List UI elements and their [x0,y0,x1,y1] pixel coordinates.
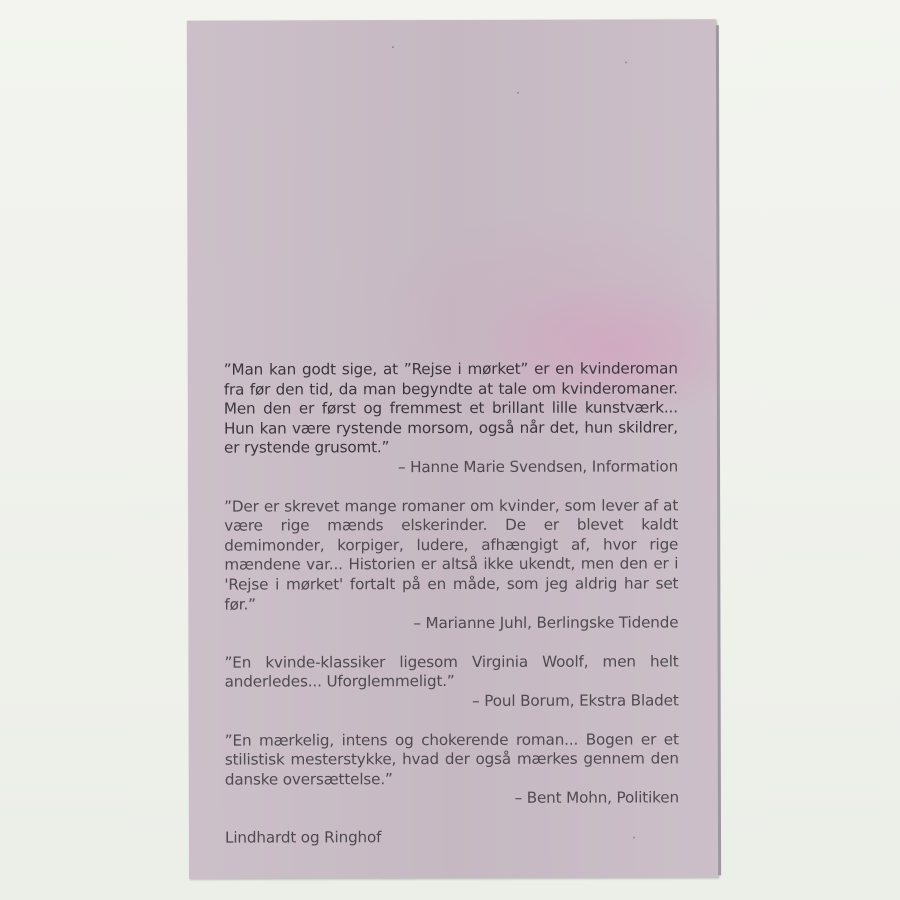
review-quote: ”En mærkelig, intens og chokerende roman… [225,730,679,790]
review-item: ”En mærkelig, intens og chokerende roman… [225,730,679,810]
review-quote: ”Man kan godt sige, at ”Rejse i mørket” … [224,359,678,458]
speck [517,92,519,94]
book-back-cover: ”Man kan godt sige, at ”Rejse i mørket” … [187,19,718,878]
review-source: – Hanne Marie Svendsen, Information [224,457,678,478]
review-source: – Poul Borum, Ekstra Bladet [225,691,679,712]
review-source: – Marianne Juhl, Berlingske Tidende [224,614,678,635]
speck [625,62,627,64]
review-item: ”Der er skrevet mange romaner om kvinder… [224,496,678,634]
review-quote: ”En kvinde-klassiker ligesom Virginia Wo… [225,652,679,692]
speck [392,46,394,48]
review-item: ”En kvinde-klassiker ligesom Virginia Wo… [225,652,679,712]
speck [633,837,635,839]
publisher-name: Lindhardt og Ringhof [225,828,381,846]
review-list: ”Man kan godt sige, at ”Rejse i mørket” … [224,359,679,828]
review-quote: ”Der er skrevet mange romaner om kvinder… [224,496,678,615]
review-source: – Bent Mohn, Politiken [225,789,679,810]
review-item: ”Man kan godt sige, at ”Rejse i mørket” … [224,359,678,478]
